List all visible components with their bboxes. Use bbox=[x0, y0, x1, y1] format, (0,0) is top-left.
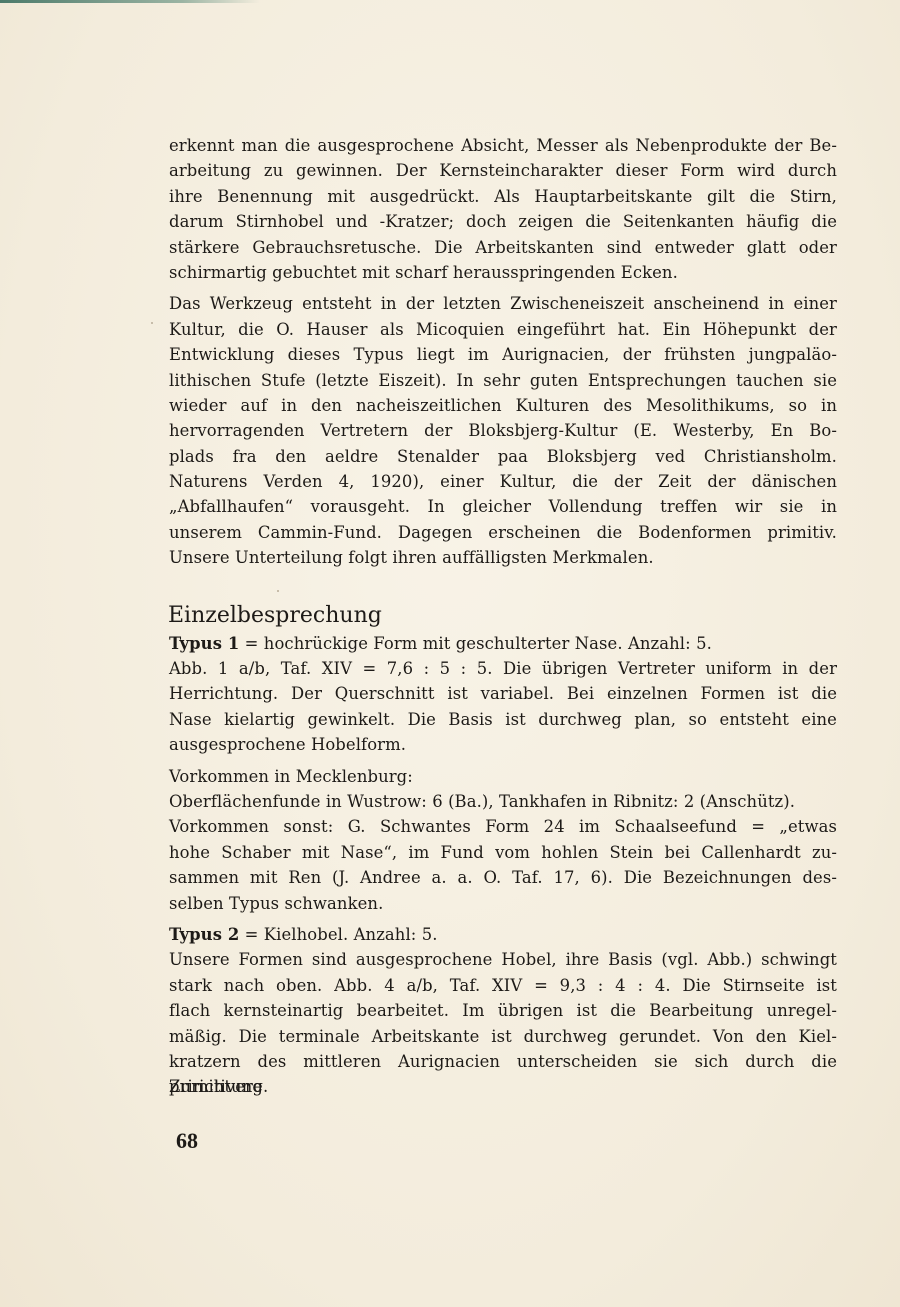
text-line: Abb. 1 a/b, Taf. XIV = 7,6 : 5 : 5. Die … bbox=[169, 656, 837, 681]
text-line: selben Typus schwanken. bbox=[169, 891, 837, 916]
text-line: Unsere Formen sind ausgesprochene Hobel,… bbox=[169, 947, 837, 972]
text-line: Unsere Unterteilung folgt ihren auffälli… bbox=[169, 545, 837, 570]
text-line: Vorkommen sonst: G. Schwantes Form 24 im… bbox=[169, 814, 837, 839]
text-line: arbeitung zu gewinnen. Der Kernsteinchar… bbox=[169, 158, 837, 183]
typus-label: Typus 1 bbox=[169, 634, 239, 653]
typus-1-heading: Typus 1 = hochrückige Form mit geschulte… bbox=[169, 631, 837, 656]
typus-1-block: Typus 1 = hochrückige Form mit geschulte… bbox=[169, 631, 837, 758]
text-line: stark nach oben. Abb. 4 a/b, Taf. XIV = … bbox=[169, 973, 837, 998]
text-line: Nase kielartig gewinkelt. Die Basis ist … bbox=[169, 707, 837, 732]
occurrence-mecklenburg: Vorkommen in Mecklenburg: Oberflächenfun… bbox=[169, 764, 837, 916]
text-line: ihre Benennung mit ausgedrückt. Als Haup… bbox=[169, 184, 837, 209]
text-line: flach kernsteinartig bearbeitet. Im übri… bbox=[169, 998, 837, 1023]
text-line: schirmartig gebuchtet mit scharf herauss… bbox=[169, 260, 837, 285]
text-line: mäßig. Die terminale Arbeitskante ist du… bbox=[169, 1024, 837, 1049]
text-line: Das Werkzeug entsteht in der letzten Zwi… bbox=[169, 291, 837, 316]
text-line: Kultur, die O. Hauser als Micoquien eing… bbox=[169, 317, 837, 342]
section-heading: Einzelbesprechung bbox=[168, 601, 837, 631]
text-line: „Abfallhaufen“ vorausgeht. In gleicher V… bbox=[169, 494, 837, 519]
occurrence-heading: Vorkommen in Mecklenburg: bbox=[169, 764, 837, 789]
paper-speck bbox=[151, 322, 153, 324]
paragraph-intro-1: erkennt man die ausgesprochene Absicht, … bbox=[169, 133, 837, 285]
text-line: hohe Schaber mit Nase“, im Fund vom hohl… bbox=[169, 840, 837, 865]
text-line: sammen mit Ren (J. Andree a. a. O. Taf. … bbox=[169, 865, 837, 890]
typus-2-heading: Typus 2 = Kielhobel. Anzahl: 5. bbox=[169, 922, 837, 947]
text-line: Entwicklung dieses Typus liegt im Aurign… bbox=[169, 342, 837, 367]
text-line: Oberflächenfunde in Wustrow: 6 (Ba.), Ta… bbox=[169, 789, 837, 814]
text-line: Naturens Verden 4, 1920), einer Kultur, … bbox=[169, 469, 837, 494]
typus-label: Typus 2 bbox=[169, 925, 239, 944]
text-line: stärkere Gebrauchsretusche. Die Arbeitsk… bbox=[169, 235, 837, 260]
text-line: hervorragenden Vertretern der Bloksbjerg… bbox=[169, 418, 837, 443]
page-edge-band bbox=[0, 0, 260, 3]
text-line: lithischen Stufe (letzte Eiszeit). In se… bbox=[169, 368, 837, 393]
text-line: Zurichtung. bbox=[169, 1074, 837, 1099]
text-line: plads fra den aeldre Stenalder paa Bloks… bbox=[169, 444, 837, 469]
page-number: 68 bbox=[176, 1128, 198, 1154]
text-line: erkennt man die ausgesprochene Absicht, … bbox=[169, 133, 837, 158]
text-line: darum Stirnhobel und -Kratzer; doch zeig… bbox=[169, 209, 837, 234]
text-line: wieder auf in den nacheiszeitlichen Kult… bbox=[169, 393, 837, 418]
text-line: Herrichtung. Der Querschnitt ist variabe… bbox=[169, 681, 837, 706]
text-line: ausgesprochene Hobelform. bbox=[169, 732, 837, 757]
typus-2-block: Typus 2 = Kielhobel. Anzahl: 5. Unsere F… bbox=[169, 922, 837, 1100]
paragraph-intro-2: Das Werkzeug entsteht in der letzten Zwi… bbox=[169, 291, 837, 570]
page-body: erkennt man die ausgesprochene Absicht, … bbox=[169, 133, 837, 1106]
text-line: unserem Cammin-Fund. Dagegen erscheinen … bbox=[169, 520, 837, 545]
paper-speck bbox=[277, 590, 279, 592]
text-line: kratzern des mittleren Aurignacien unter… bbox=[169, 1049, 837, 1074]
